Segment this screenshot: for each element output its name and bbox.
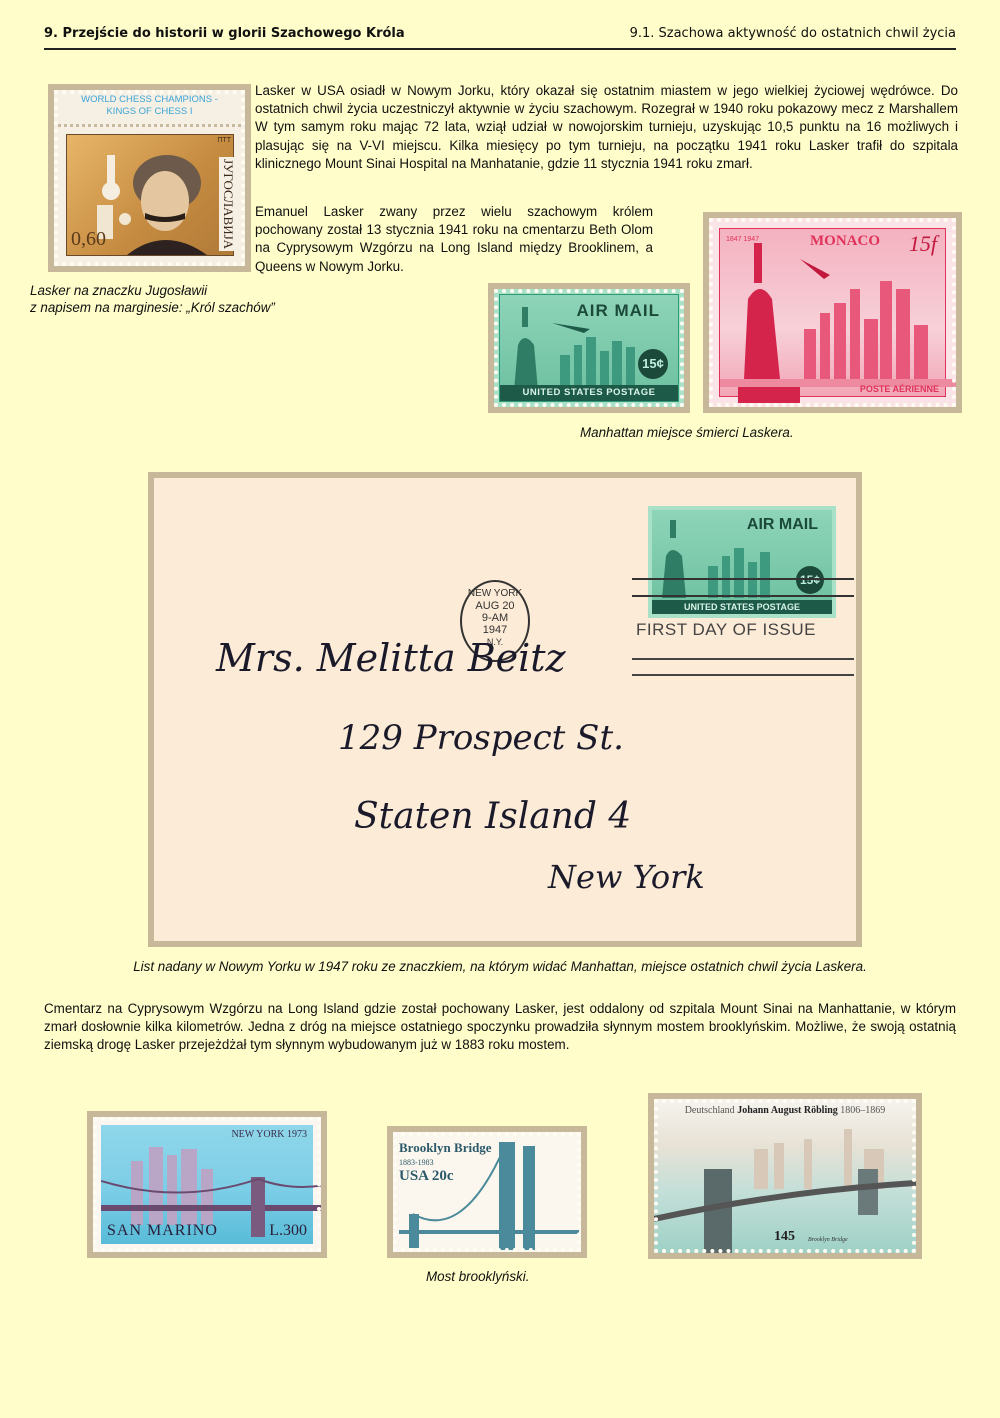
caption-yugoslavia: Lasker na znaczku Jugosławii z napisem n… [30, 282, 340, 316]
stamp-san-marino: NEW YORK 1973 SAN MARINO L.300 [87, 1111, 327, 1258]
stamp-us-airmail: AIR MAIL 15¢ UNITED STATES POSTAGE [488, 283, 690, 413]
stamp-value: 15¢ [638, 349, 668, 379]
paragraph-3: Cmentarz na Cyprysowym Wzgórzu na Long I… [44, 1000, 956, 1055]
cancel-text: FIRST DAY OF ISSUE [636, 620, 816, 640]
statue-of-liberty-manhattan-illustration [720, 229, 956, 407]
chapter-title: 9. Przejście do historii w glorii Szacho… [44, 26, 405, 41]
caption-manhattan: Manhattan miejsce śmierci Laskera. [580, 424, 794, 441]
cancel-lines [632, 595, 854, 597]
cover-stamp-us-airmail: AIR MAIL 15¢ UNITED STATES POSTAGE [648, 506, 836, 618]
stamp-yugoslavia: WORLD CHESS CHAMPIONS - KINGS OF CHESS I… [48, 84, 251, 272]
statue-of-liberty-skyline-illustration [652, 510, 832, 614]
address-line-4: New York [548, 858, 705, 896]
stamp-value: 145 [774, 1229, 795, 1245]
address-line-1: Mrs. Melitta Beitz [216, 636, 566, 680]
stamp-ptt: ПТТ [217, 137, 231, 144]
cancel-lines [632, 578, 854, 580]
page-header: 9. Przejście do historii w glorii Szacho… [44, 24, 956, 50]
stamp-subtitle: Brooklyn Bridge [808, 1237, 848, 1243]
stamp-germany-roebling: Deutschland Johann August Röbling 1806–1… [648, 1093, 922, 1259]
stamp-country: SAN MARINO [107, 1222, 218, 1240]
brooklyn-bridge-illustration [393, 1132, 581, 1252]
section-title: 9.1. Szachowa aktywność do ostatnich chw… [630, 26, 956, 41]
stamp-margin-text-2: KINGS OF CHESS I [54, 106, 245, 118]
stamp-country: ЈУГОСЛАВИЈА [219, 157, 237, 251]
stamp-value: L.300 [269, 1222, 307, 1240]
cover-envelope: AIR MAIL 15¢ UNITED STATES POSTAGE FIRST… [148, 472, 862, 947]
stamp-bottom-label: UNITED STATES POSTAGE [500, 385, 678, 401]
stamp-bottom-label: POSTE AÉRIENNE [860, 384, 939, 394]
caption-cover: List nadany w Nowym Yorku w 1947 roku ze… [0, 958, 1000, 975]
stamp-monaco: 1847 1947 MONACO 15f POSTE AÉRIENNE [703, 212, 962, 413]
cancel-lines [632, 658, 854, 660]
address-line-2: 129 Prospect St. [338, 718, 624, 758]
address-line-3: Staten Island 4 [354, 796, 631, 837]
stamp-value: 0,60 [71, 228, 106, 251]
paragraph-1: Lasker w USA osiadł w Nowym Jorku, który… [255, 82, 958, 173]
paragraph-2: Emanuel Lasker zwany przez wielu szachow… [255, 203, 653, 276]
cancel-lines [632, 674, 854, 676]
stamp-margin-text-1: WORLD CHESS CHAMPIONS - [54, 94, 245, 106]
caption-bridge: Most brooklyński. [426, 1268, 529, 1285]
stamp-usa-brooklyn-bridge: Brooklyn Bridge 1883-1983 USA 20c [387, 1126, 587, 1258]
